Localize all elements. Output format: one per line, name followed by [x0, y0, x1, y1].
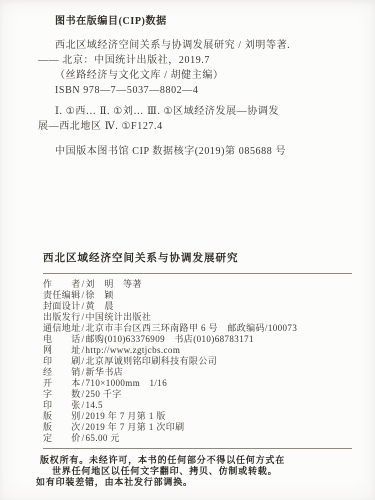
- colophon-label: 字 数: [43, 389, 81, 400]
- colophon-value: 黄 晨: [86, 301, 114, 312]
- colophon-label: 通信地址: [43, 323, 81, 334]
- colophon-value: 徐 颖: [86, 290, 114, 301]
- colophon-label: 网 址: [43, 345, 81, 356]
- copyright-line: 版权所有。未经许可，本书的任何部分不得以任何方式在: [36, 455, 352, 466]
- colophon-label: 责任编辑: [43, 290, 81, 301]
- colophon-label: 作 者: [43, 279, 81, 290]
- colophon-row-author: 作 者/刘 明 等著: [43, 279, 352, 290]
- colophon-label: 印 刷: [43, 356, 81, 367]
- colophon-value: 250 千字: [86, 389, 122, 400]
- colophon-row-phone: 电 话/邮购(010)63376909 书店(010)68783171: [43, 334, 352, 345]
- cip-series-line: （丝路经济与文化文库 / 胡健主编）: [38, 68, 359, 83]
- colophon-value: 710×1000mm 1/16: [86, 378, 168, 389]
- colophon-value: 2019 年 7 月第 1 版: [86, 411, 166, 422]
- colophon-label: 出版发行: [43, 312, 81, 323]
- divider-top: [43, 273, 352, 274]
- colophon-label: 经 销: [43, 367, 81, 378]
- cip-publisher-line: —— 北京：中国统计出版社，2019.7: [38, 53, 359, 68]
- colophon-row-website: 网 址/http://www.zgtjcbs.com: [43, 345, 352, 356]
- copyright-line: 世界任何地区以任何文字翻印、拷贝、仿制或转载。: [36, 466, 352, 477]
- colophon-value: 2019 年 7 月第 1 次印刷: [86, 422, 185, 433]
- colophon-value: 邮购(010)63376909 书店(010)68783171: [86, 334, 254, 345]
- colophon-label: 印 张: [43, 400, 81, 411]
- isbn-line: ISBN 978—7—5037—8802—4: [38, 83, 359, 98]
- colophon-value: 新华书店: [86, 367, 124, 378]
- colophon-section: 西北区域经济空间关系与协调发展研究 作 者/刘 明 等著 责任编辑/徐 颖 封面…: [43, 252, 352, 488]
- colophon-row-edition: 版 别/2019 年 7 月第 1 版: [43, 411, 352, 422]
- colophon-row-printer: 印 刷/北京厚诚则铭印刷科技有限公司: [43, 356, 352, 367]
- colophon-row-format: 开 本/710×1000mm 1/16: [43, 378, 352, 389]
- colophon-label: 电 话: [43, 334, 81, 345]
- colophon-row-distributor: 经 销/新华书店: [43, 367, 352, 378]
- cip-heading: 图书在版编目(CIP)数据: [55, 14, 359, 29]
- colophon-row-editor: 责任编辑/徐 颖: [43, 290, 352, 301]
- colophon-value: 北京厚诚则铭印刷科技有限公司: [86, 356, 218, 367]
- colophon-label: 定 价: [43, 433, 81, 444]
- colophon-value: 14.5: [86, 400, 103, 411]
- colophon-label: 版 别: [43, 411, 81, 422]
- copyright-notice: 版权所有。未经许可，本书的任何部分不得以任何方式在 世界任何地区以任何文字翻印、…: [36, 455, 352, 488]
- colophon-row-price: 定 价/65.00 元: [43, 433, 352, 444]
- colophon-label: 开 本: [43, 378, 81, 389]
- colophon-row-sheets: 印 张/14.5: [43, 400, 352, 411]
- book-title: 西北区域经济空间关系与协调发展研究: [43, 252, 352, 265]
- colophon-row-printing: 版 次/2019 年 7 月第 1 次印刷: [43, 422, 352, 433]
- colophon-value: 中国统计出版社: [86, 312, 152, 323]
- cip-section: 图书在版编目(CIP)数据 西北区域经济空间关系与协调发展研究 / 刘明等著. …: [38, 14, 359, 159]
- cip-title-statement: 西北区域经济空间关系与协调发展研究 / 刘明等著.: [38, 38, 359, 53]
- divider-bottom: [43, 448, 352, 449]
- colophon-value: http://www.zgtjcbs.com: [86, 345, 181, 356]
- colophon-row-address: 通信地址/北京市丰台区西三环南路甲 6 号 邮政编码/100073: [43, 323, 352, 334]
- cip-record-number: 中国版本图书馆 CIP 数据核字(2019)第 085688 号: [38, 144, 359, 159]
- colophon-label: 封面设计: [43, 301, 81, 312]
- colophon-entries: 作 者/刘 明 等著 责任编辑/徐 颖 封面设计/黄 晨 出版发行/中国统计出版…: [43, 279, 352, 444]
- book-copyright-page: 图书在版编目(CIP)数据 西北区域经济空间关系与协调发展研究 / 刘明等著. …: [0, 0, 375, 500]
- colophon-value: 65.00 元: [86, 433, 120, 444]
- colophon-value: 北京市丰台区西三环南路甲 6 号 邮政编码/100073: [86, 323, 298, 334]
- copyright-line: 如有印装差错，由本社发行部调换。: [36, 477, 352, 488]
- cip-classification-line: Ⅰ. ①西… Ⅱ. ①刘… Ⅲ. ①区域经济发展—协调发: [38, 104, 359, 119]
- colophon-label: 版 次: [43, 422, 81, 433]
- colophon-row-cover-design: 封面设计/黄 晨: [43, 301, 352, 312]
- colophon-value: 刘 明 等著: [86, 279, 142, 290]
- colophon-row-publisher: 出版发行/中国统计出版社: [43, 312, 352, 323]
- cip-classification-line-continued: 展—西北地区 Ⅳ. ①F127.4: [38, 119, 359, 134]
- colophon-row-word-count: 字 数/250 千字: [43, 389, 352, 400]
